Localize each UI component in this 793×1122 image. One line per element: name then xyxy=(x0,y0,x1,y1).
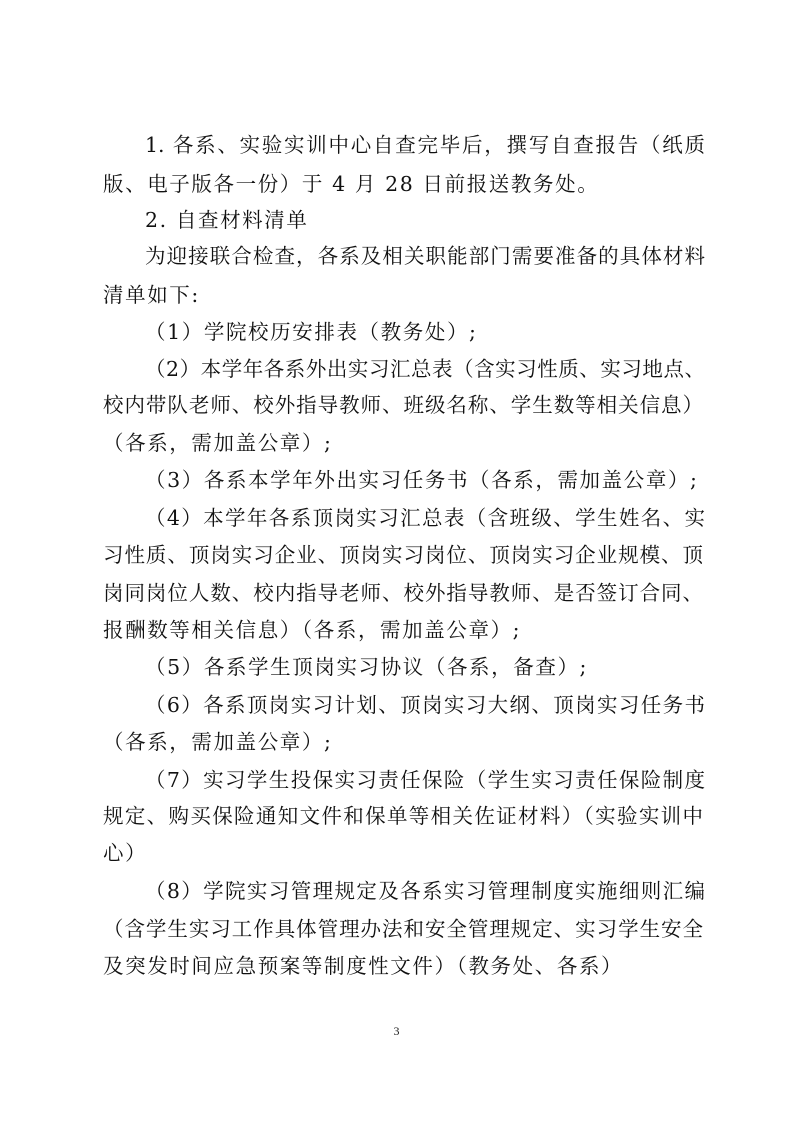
text-line: 1. 各系、实验实训中心自查完毕后，撰写自查报告（纸质 xyxy=(145,131,705,159)
text-line: （含学生实习工作具体管理办法和安全管理规定、实习学生安全 xyxy=(103,915,703,943)
text-line: （各系，需加盖公章）; xyxy=(103,429,703,457)
text-line: 为迎接联合检查，各系及相关职能部门需要准备的具体材料 xyxy=(145,242,705,270)
text-line: （7）实习学生投保实习责任保险（学生实习责任保险制度 xyxy=(145,766,705,794)
text-line: 岗同岗位人数、校内指导老师、校外指导教师、是否签订合同、 xyxy=(103,579,703,607)
text-line: （1）学院校历安排表（教务处）; xyxy=(145,318,705,346)
text-line: 及突发时间应急预案等制度性文件）（教务处、各系） xyxy=(103,952,703,980)
text-line: 心） xyxy=(103,839,703,867)
page-number: 3 xyxy=(0,1024,793,1039)
text-line: （各系，需加盖公章）; xyxy=(103,728,703,756)
text-line: 校内带队老师、校外指导教师、班级名称、学生数等相关信息） xyxy=(103,391,703,419)
text-line: （8）学院实习管理规定及各系实习管理制度实施细则汇编 xyxy=(145,877,705,905)
text-line: （6）各系顶岗实习计划、顶岗实习大纲、顶岗实习任务书 xyxy=(145,691,705,719)
text-line: 2. 自查材料清单 xyxy=(145,206,705,234)
text-line: 报酬数等相关信息）（各系，需加盖公章）; xyxy=(103,616,703,644)
text-line: 版、电子版各一份）于 4 月 28 日前报送教务处。 xyxy=(103,170,703,198)
text-line: 清单如下: xyxy=(103,281,703,309)
text-line: （5）各系学生顶岗实习协议（各系，备查）; xyxy=(145,653,705,681)
text-line: 规定、购买保险通知文件和保单等相关佐证材料）（实验实训中 xyxy=(103,802,703,830)
document-page: 1. 各系、实验实训中心自查完毕后，撰写自查报告（纸质版、电子版各一份）于 4 … xyxy=(0,0,793,1122)
text-line: （3）各系本学年外出实习任务书（各系，需加盖公章）; xyxy=(145,466,705,494)
text-line: （4）本学年各系顶岗实习汇总表（含班级、学生姓名、实 xyxy=(145,504,705,532)
text-line: （2）本学年各系外出实习汇总表（含实习性质、实习地点、 xyxy=(145,355,705,383)
text-line: 习性质、顶岗实习企业、顶岗实习岗位、顶岗实习企业规模、顶 xyxy=(103,541,703,569)
